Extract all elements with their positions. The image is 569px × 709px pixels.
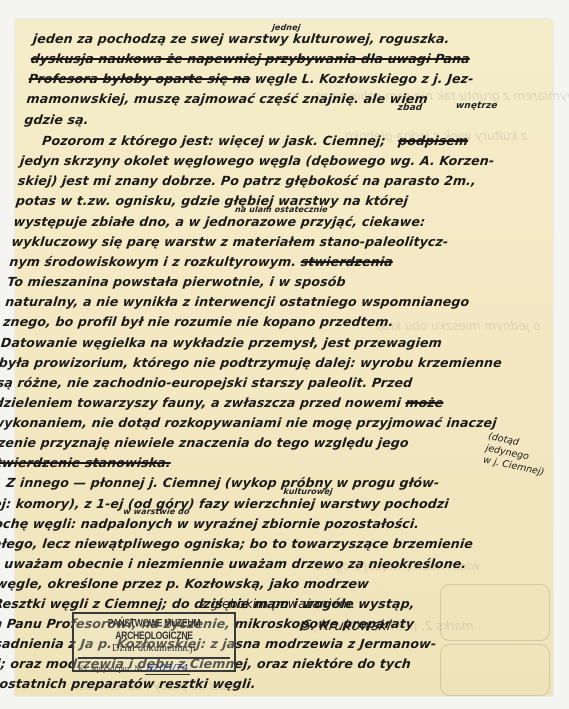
text-line: nej: komory), z 1-ej (od góry) fazy wier… (0, 496, 450, 511)
inserted-word: wnętrze (455, 101, 498, 111)
text-line: Datowanie węgielka na wykładzie przemysł… (0, 335, 443, 350)
stamp-institution: PAŃSTWOWE MUZEUM ARCHEOLOGICZNE (74, 617, 234, 642)
text-line: dzieleniem towarzyszy fauny, a zwłaszcza… (0, 395, 444, 410)
struck-phrase: może (405, 395, 445, 410)
text-line: małego, lecz niewątpliwego ogniska; bo t… (0, 536, 474, 551)
pencil-annotation-box (440, 584, 550, 641)
inserted-word: w warstwie do (123, 507, 190, 516)
text-line-struck: stwierdzenie stanowiska. (0, 455, 172, 470)
letter-page: wymiarem z gruntu tak nie sam sobie zapi… (15, 19, 553, 696)
stamp-department: Dział dokumentacji (74, 643, 234, 654)
text-line: mamonwskiej, muszę zajmować część znajni… (26, 91, 429, 106)
text-line: Pozorom z którego jest: więcej w jask. C… (41, 133, 469, 148)
text-line: była prowizorium, którego nie podtrzymuj… (0, 355, 503, 370)
text-line: trochę węgli: nadpalonych w wyraźnej zbi… (0, 516, 420, 531)
phrase: dzieleniem towarzyszy fauny, a zwłaszcza… (0, 395, 402, 410)
text-line-struck: dyskusja naukowa że napewniej przybywani… (30, 51, 471, 66)
text-line: To mieszanina powstała pierwotnie, i w s… (7, 274, 347, 289)
text-line: jeden za pochodzą ze swej warstwy kultur… (32, 31, 450, 46)
text-line: występuje zbiałe dno, a w jednorazowe pr… (13, 214, 426, 229)
inserted-word: zbad (397, 103, 423, 113)
closing-salutation: z głębokim poważaniem. (200, 596, 355, 611)
text-line: czenie przyznaję niewiele znaczenia do t… (0, 435, 409, 450)
stamp-accession-label: Ks. wpływu poz. Nr (78, 664, 143, 673)
text-line: są różne, nie zachodnio-europejski stars… (0, 375, 413, 390)
stamp-accession-number: 6203/74 (145, 663, 191, 675)
text-line: znego, bo profil był nie rozumie nie kop… (2, 314, 394, 329)
text-line: Z innego — płonnej j. Ciemnej (wykop pró… (5, 475, 440, 490)
phrase: Pozorom z którego jest: więcej w jask. C… (41, 133, 386, 148)
inserted-word: na ulam ostatecznie (235, 205, 329, 214)
text-line: skiej) jest mi znany dobrze. Po patrz gł… (17, 173, 477, 188)
text-line: Te węgle, określone przez p. Kozłowską, … (0, 576, 370, 591)
text-line: dwu ostatnich preparatów resztki węgli. (0, 676, 257, 691)
text-line: nym środowiskowym i z rozkultyrowym. stw… (9, 254, 394, 269)
text-line: wykonaniem, nie dotąd rozkopywaniami nie… (0, 415, 498, 430)
text-line: potas w t.zw. ognisku, gdzie głębiej war… (15, 193, 409, 208)
inserted-word: kulturowej (283, 487, 333, 496)
stamp-divider (78, 657, 230, 659)
archive-stamp: PAŃSTWOWE MUZEUM ARCHEOLOGICZNE Dział do… (72, 612, 236, 672)
struck-phrase: stwierdzenia (300, 254, 394, 269)
phrase: węgle L. Kozłowskiego z j. Jez- (254, 71, 474, 86)
text-line: gdzie są. (24, 112, 90, 127)
text-line: jedyn skrzyny okolet węglowego węgla (dę… (19, 153, 495, 168)
pencil-annotation-box (440, 644, 550, 696)
struck-phrase: Profesora byłoby oparte się na (28, 71, 251, 86)
bleed-through-text: o jednym mieszku obu kraji (375, 319, 540, 333)
text-line: Profesora byłoby oparte się na węgle L. … (28, 71, 474, 86)
signature: S. Krukowski (301, 618, 393, 634)
phrase: nym środowiskowym i z rozkultyrowym. (9, 254, 297, 269)
text-line: nie uważam obecnie i niezmiennie uważam … (0, 556, 467, 571)
text-line: wykluczowy się parę warstw z materiałem … (11, 234, 449, 249)
margin-note: (dotąd jedynego w j. Ciemnej) (482, 431, 550, 479)
text-line: naturalny, a nie wynikła z interwencji o… (5, 294, 471, 309)
phrase: podpisem (397, 133, 469, 148)
stamp-accession: Ks. wpływu poz. Nr 6203/74 (78, 663, 234, 674)
